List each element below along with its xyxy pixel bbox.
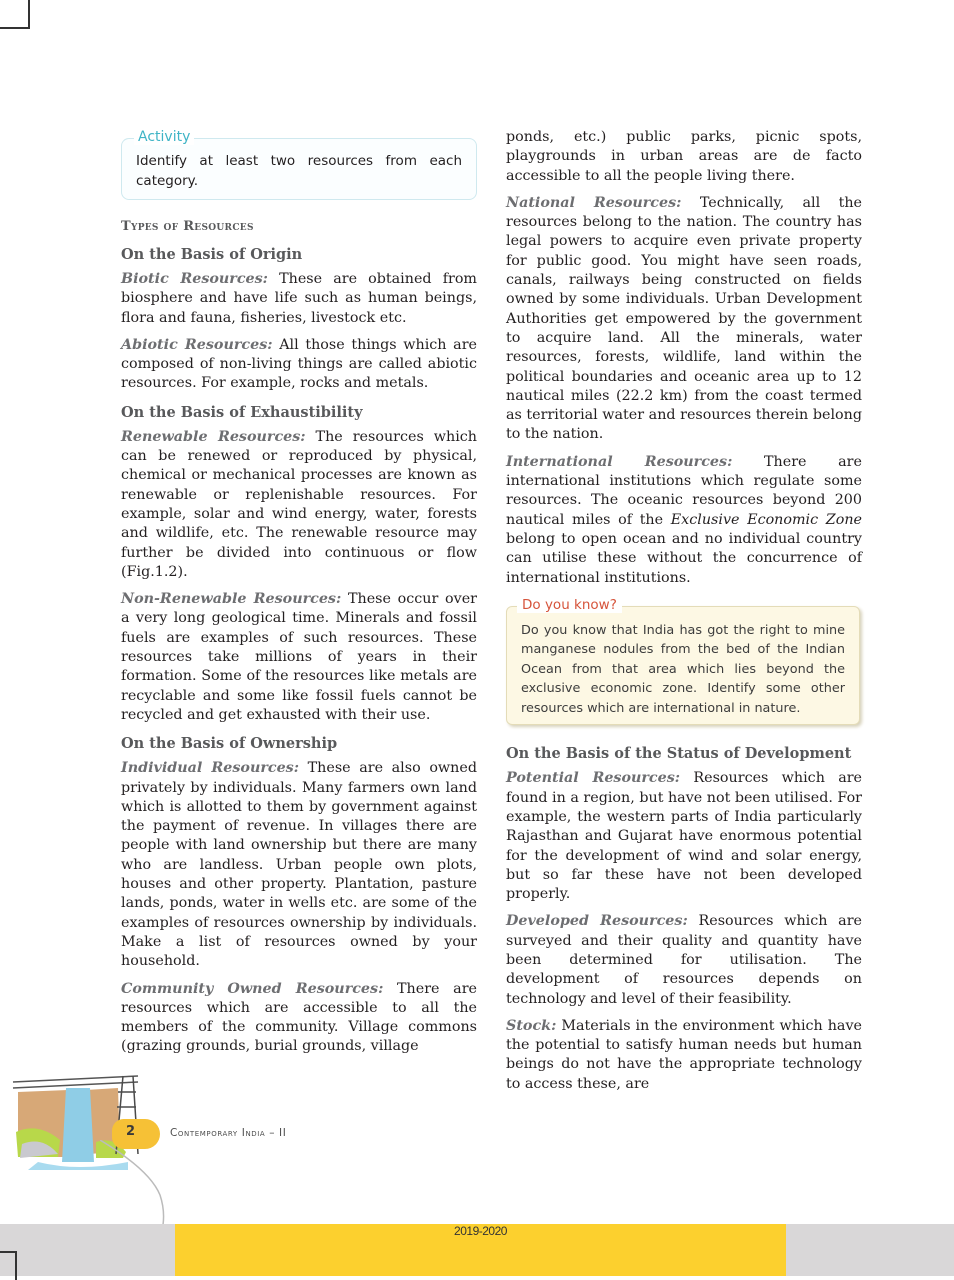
crop-mark-bottom-left-vertical [15,1251,17,1280]
text-national: Technically, all the resources belong to… [506,195,862,443]
heading-development: On the Basis of the Status of Developmen… [506,745,862,763]
paragraph-community: Community Owned Resources: There are res… [121,980,477,1057]
text-individual: These are also owned privately by indivi… [121,760,477,969]
do-you-know-label: Do you know? [517,597,622,613]
heading-exhaustibility: On the Basis of Exhaustibility [121,404,477,422]
term-abiotic: Abiotic Resources: [121,337,273,353]
term-nonrenewable: Non-Renewable Resources: [121,591,341,607]
activity-text: Identify at least two resources from eac… [136,151,462,191]
paragraph-individual: Individual Resources: These are also own… [121,759,477,971]
heading-origin: On the Basis of Origin [121,246,477,264]
do-you-know-box: Do you know? Do you know that India has … [506,606,860,726]
term-renewable: Renewable Resources: [121,429,306,445]
text-potential: Resources which are found in a region, b… [506,770,862,902]
paragraph-potential: Potential Resources: Resources which are… [506,769,862,904]
year-label: 2019-2020 [175,1224,786,1238]
crop-mark-bottom-left [0,1251,16,1253]
heading-ownership: On the Basis of Ownership [121,735,477,753]
paragraph-biotic: Biotic Resources: These are obtained fro… [121,270,477,328]
paragraph-community-continued: ponds, etc.) public parks, picnic spots,… [506,128,862,186]
paragraph-international: International Resources: There are inter… [506,453,862,588]
left-column: Activity Identify at least two resources… [121,128,477,1065]
term-national: National Resources: [506,195,681,211]
activity-box: Activity Identify at least two resources… [121,138,477,200]
term-international: International Resources: [506,454,732,470]
paragraph-developed: Developed Resources: Resources which are… [506,912,862,1008]
paragraph-national: National Resources: Technically, all the… [506,194,862,445]
term-individual: Individual Resources: [121,760,299,776]
activity-label: Activity [134,129,194,145]
decorative-curve-icon [100,1140,180,1230]
paragraph-abiotic: Abiotic Resources: All those things whic… [121,336,477,394]
term-stock: Stock: [506,1018,556,1034]
page-number: 2 [126,1124,135,1139]
paragraph-renewable: Renewable Resources: The resources which… [121,428,477,582]
term-developed: Developed Resources: [506,913,688,929]
text-nonrenewable: These occur over a very long geological … [121,591,477,723]
right-column: ponds, etc.) public parks, picnic spots,… [506,128,862,1102]
paragraph-stock: Stock: Materials in the environment whic… [506,1017,862,1094]
term-biotic: Biotic Resources: [121,271,268,287]
text-eez: Exclusive Economic Zone [671,512,862,528]
crop-mark-top-left-vertical [28,0,30,29]
term-community: Community Owned Resources: [121,981,383,997]
text-renewable: The resources which can be renewed or re… [121,429,477,580]
term-potential: Potential Resources: [506,770,680,786]
paragraph-nonrenewable: Non-Renewable Resources: These occur ove… [121,590,477,725]
text-stock: Materials in the environment which have … [506,1018,862,1092]
section-title: Types of Resources [121,218,477,236]
crop-mark-top-left [0,27,30,29]
text-international-2: belong to open ocean and no individual c… [506,531,862,586]
do-you-know-text: Do you know that India has got the right… [521,621,845,719]
book-title: Contemporary India – II [170,1127,286,1139]
